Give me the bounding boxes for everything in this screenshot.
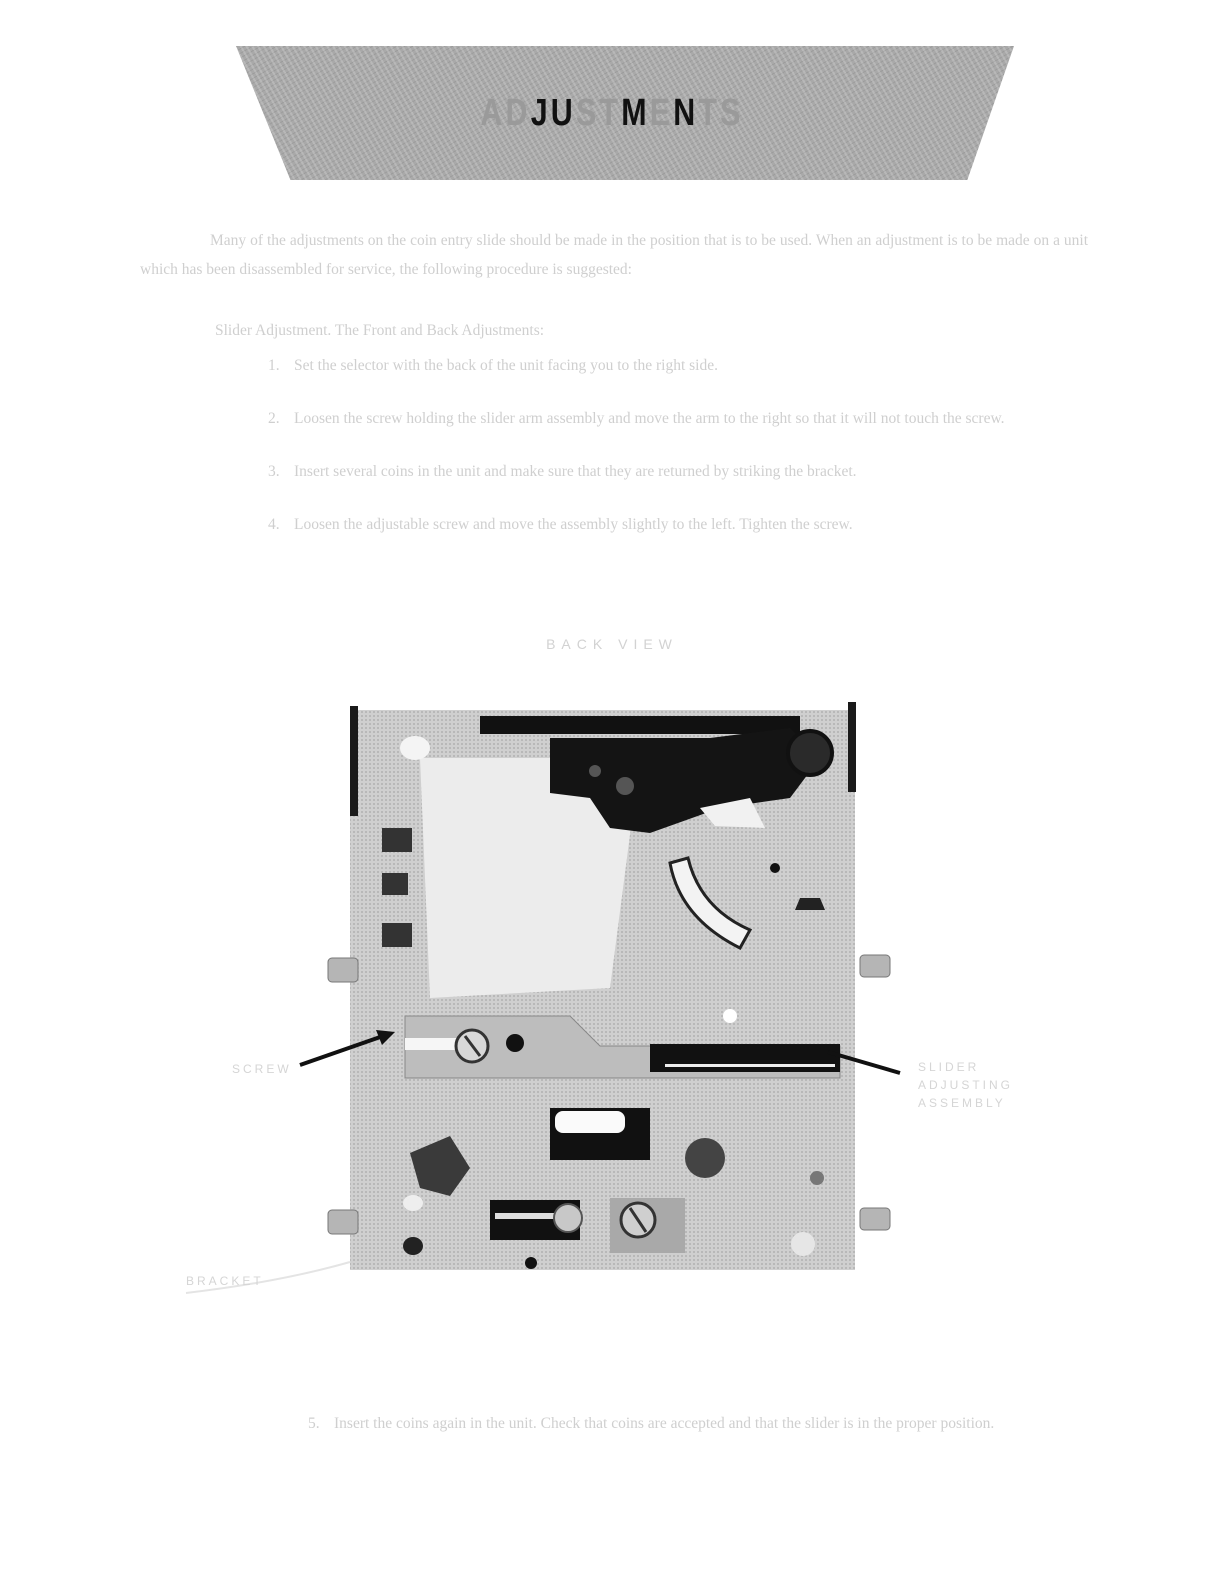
page-title: ADJUSTMENTS (122, 92, 1101, 135)
callout-slider-assembly: SLIDER ADJUSTING ASSEMBLY (918, 1058, 1013, 1112)
step-item: 2.Loosen the screw holding the slider ar… (268, 405, 1088, 432)
step-item: 4.Loosen the adjustable screw and move t… (268, 511, 1088, 538)
callout-screw: SCREW (232, 1060, 292, 1078)
step-item: 1.Set the selector with the back of the … (268, 352, 1088, 379)
step-item: 5.Insert the coins again in the unit. Ch… (308, 1410, 1128, 1437)
figure-label: BACK VIEW (0, 636, 1224, 652)
procedure-steps: 1.Set the selector with the back of the … (268, 352, 1088, 564)
step-item: 3.Insert several coins in the unit and m… (268, 458, 1088, 485)
callout-bracket: BRACKET (186, 1272, 264, 1290)
final-step: 5.Insert the coins again in the unit. Ch… (268, 1410, 1128, 1437)
coin-mechanism-photo (320, 698, 900, 1278)
intro-paragraph: Many of the adjustments on the coin entr… (140, 226, 1088, 284)
section-subheading: Slider Adjustment. The Front and Back Ad… (215, 316, 1015, 345)
